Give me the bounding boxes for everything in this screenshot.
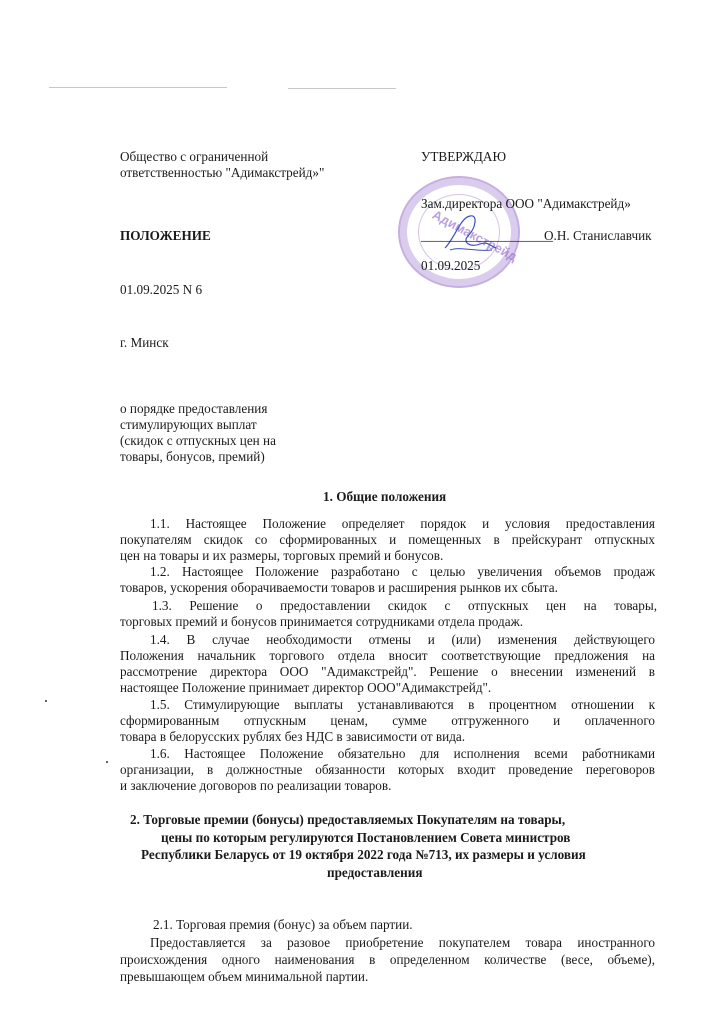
section1-line: 1.2. Настоящее Положение разработано с ц… [150, 564, 655, 580]
section1-line: 1.3. Решение о предоставлении скидок с о… [152, 598, 657, 614]
section1-line: настоящее Положение принимает директор О… [120, 680, 655, 696]
city: г. Минск [120, 335, 169, 351]
approve-label: УТВЕРЖДАЮ [421, 149, 506, 165]
section1-line: товаров, ускорения оборачиваемости товар… [120, 580, 655, 596]
section2-title-line: предоставления [327, 865, 423, 881]
section2-line: 2.1. Торговая премия (бонус) за объем па… [153, 917, 688, 933]
section1-line: организации, в должностные обязанности к… [120, 762, 655, 778]
scan-line-left [49, 87, 227, 88]
subject-line-4: товары, бонусов, премий) [120, 449, 265, 465]
section1-line: Положения начальник торгового отдела вно… [120, 648, 655, 664]
section1-line: торговых премий и бонусов принимается со… [120, 614, 655, 630]
section1-line: 1.4. В случае необходимости отмены и (ил… [150, 632, 655, 648]
section1-line: и заключение договоров по реализации тов… [120, 778, 655, 794]
approver-position: Зам.директора ООО "Адимакстрейд» [421, 196, 631, 212]
subject-line-2: стимулирующих выплат [120, 417, 257, 433]
section1-line: 1.1. Настоящее Положение определяет поря… [150, 516, 655, 532]
signature-line: ____________________ [421, 228, 553, 244]
section2-line: превышающем объем минимальной партии. [120, 969, 655, 985]
doc-date-number: 01.09.2025 N 6 [120, 282, 202, 298]
approve-date: 01.09.2025 [421, 258, 480, 274]
section1-line: 1.5. Стимулирующие выплаты устанавливают… [150, 697, 655, 713]
section1-line: цен на товары и их размеры, торговых пре… [120, 548, 655, 564]
approver-name: О.Н. Станиславчик [544, 228, 652, 244]
scan-line-right [288, 88, 396, 89]
section1-line: товара в белорусских рублях без НДС в за… [120, 729, 655, 745]
section1-line: покупателям скидок со сформированных и п… [120, 532, 655, 548]
org-name-line2: ответственностью "Адимакстрейд»" [120, 165, 324, 181]
doc-type: ПОЛОЖЕНИЕ [120, 228, 211, 244]
section1-title: 1. Общие положения [323, 489, 446, 505]
subject-line-1: о порядке предоставления [120, 401, 267, 417]
section2-line: Предоставляется за разовое приобретение … [150, 935, 655, 951]
section2-title-line: Республики Беларусь от 19 октября 2022 г… [141, 847, 586, 863]
section1-line: рассмотрение директора ООО "Адимакстрейд… [120, 664, 655, 680]
scan-speck [106, 761, 108, 763]
subject-line-3: (скидок с отпускных цен на [120, 433, 276, 449]
section2-line: происхождения одного наименования в опре… [120, 952, 655, 968]
org-name-line1: Общество с ограниченной [120, 149, 268, 165]
section2-title-line: 2. Торговые премии (бонусы) предоставляе… [130, 812, 565, 828]
scan-speck [45, 700, 47, 702]
section1-line: сформированным отпускным ценам, сумме от… [120, 713, 655, 729]
section2-title-line: цены по которым регулируются Постановлен… [161, 830, 570, 846]
section1-line: 1.6. Настоящее Положение обязательно для… [150, 746, 655, 762]
